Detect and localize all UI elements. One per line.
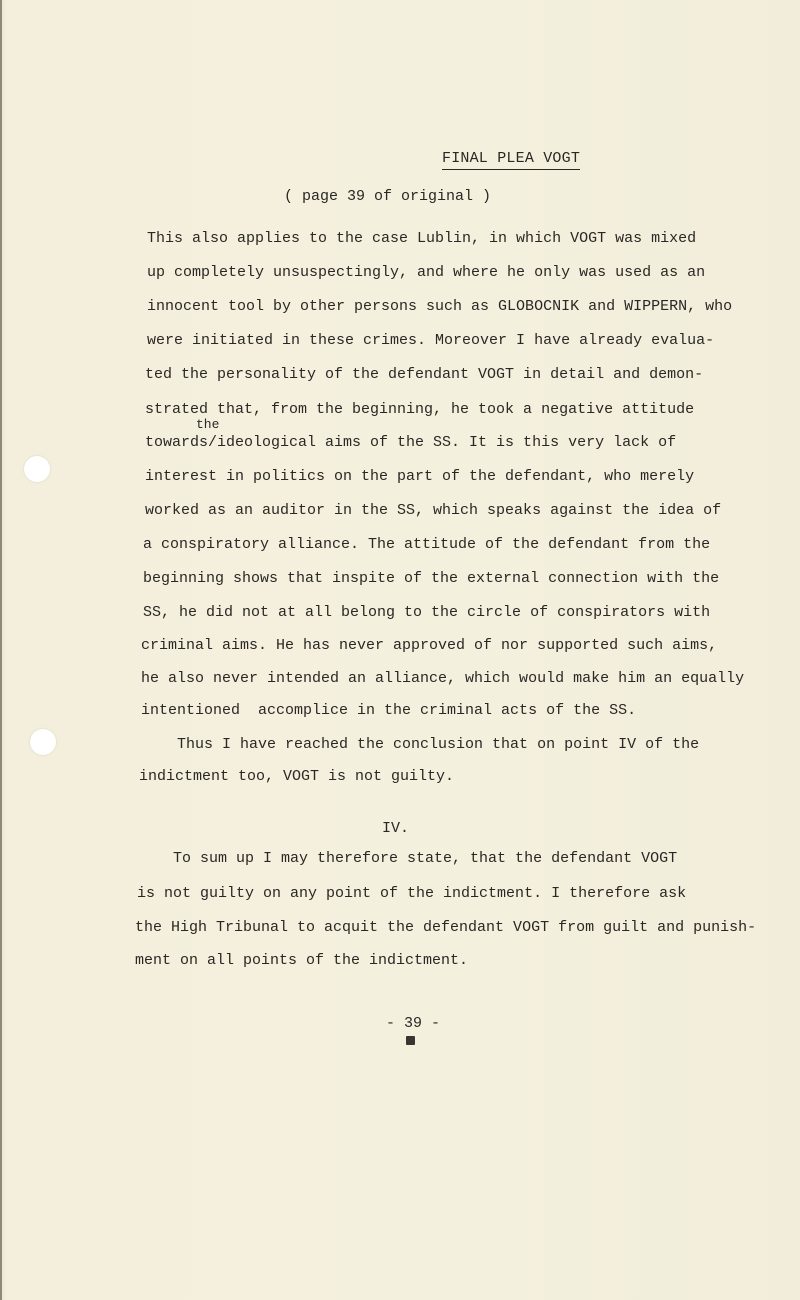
paragraph3-line: ment on all points of the indictment.: [135, 952, 468, 970]
paragraph1-line: ted the personality of the defendant VOG…: [145, 366, 703, 384]
paragraph1-line: criminal aims. He has never approved of …: [141, 637, 717, 655]
paragraph1-line: This also applies to the case Lublin, in…: [147, 230, 696, 248]
stamp-mark: [406, 1036, 415, 1045]
page-number: - 39 -: [386, 1015, 440, 1032]
section-numeral: IV.: [382, 820, 409, 837]
paragraph2-line: indictment too, VOGT is not guilty.: [139, 768, 454, 786]
paragraph3-line: is not guilty on any point of the indict…: [137, 885, 686, 903]
punch-hole-lower: [30, 729, 56, 755]
paragraph1-line: a conspiratory alliance. The attitude of…: [143, 536, 710, 554]
interlinear-insertion: the: [196, 417, 219, 432]
paragraph1-line: were initiated in these crimes. Moreover…: [147, 332, 714, 350]
paragraph1-line: he also never intended an alliance, whic…: [141, 670, 744, 688]
paragraph1-line: SS, he did not at all belong to the circ…: [143, 604, 710, 622]
document-page: FINAL PLEA VOGT ( page 39 of original ) …: [0, 0, 800, 1300]
original-page-reference: ( page 39 of original ): [284, 188, 491, 205]
paragraph1-line: worked as an auditor in the SS, which sp…: [145, 502, 721, 520]
paragraph3-line: To sum up I may therefore state, that th…: [137, 850, 677, 868]
page-edge: [0, 0, 2, 1300]
paragraph2-line: Thus I have reached the conclusion that …: [141, 736, 699, 754]
paragraph3-line: the High Tribunal to acquit the defendan…: [135, 919, 756, 937]
paragraph1-line: interest in politics on the part of the …: [145, 468, 694, 486]
paragraph1-line: intentioned accomplice in the criminal a…: [141, 702, 636, 720]
paragraph1-line: beginning shows that inspite of the exte…: [143, 570, 719, 588]
paragraph1-line: up completely unsuspectingly, and where …: [147, 264, 705, 282]
document-header-title: FINAL PLEA VOGT: [442, 150, 580, 170]
paragraph1-line: innocent tool by other persons such as G…: [147, 298, 732, 316]
paragraph1-line: strated that, from the beginning, he too…: [145, 401, 694, 419]
paragraph1-line: towards/ideological aims of the SS. It i…: [145, 434, 676, 452]
punch-hole-upper: [24, 456, 50, 482]
